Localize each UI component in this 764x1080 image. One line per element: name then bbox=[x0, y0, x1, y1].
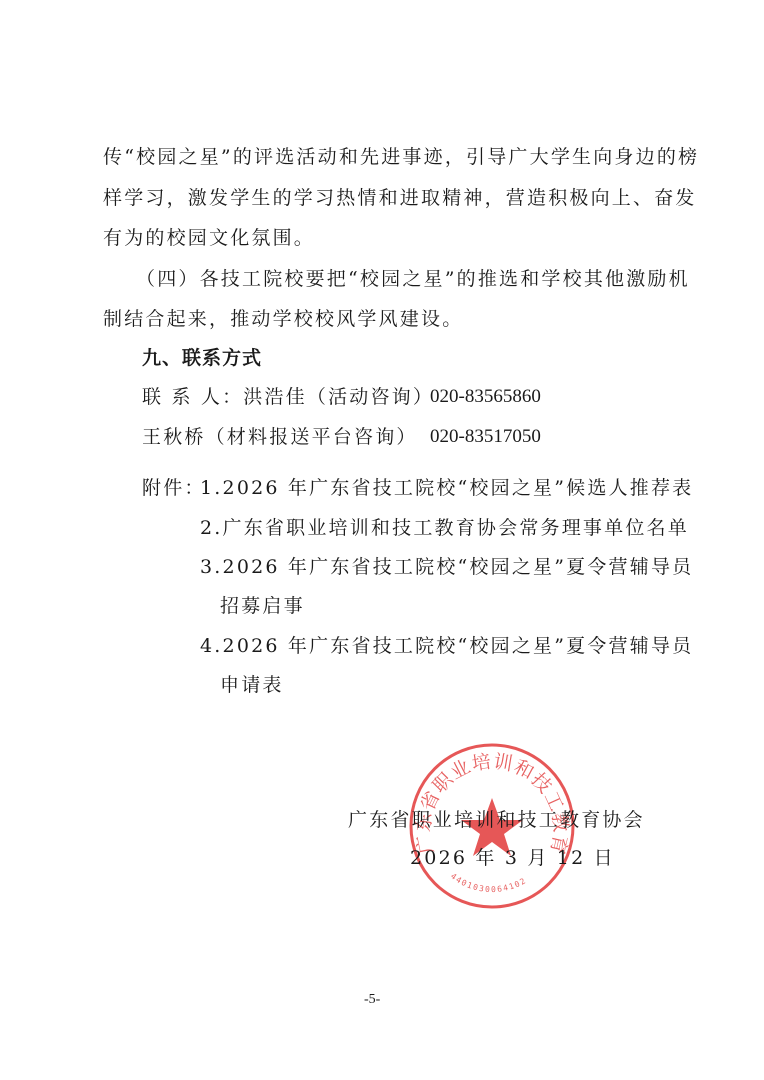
attachments-label: 附件： bbox=[142, 476, 206, 500]
contact-row: 王秋桥（材料报送平台咨询） bbox=[142, 425, 418, 449]
paragraph-line: 样学习，激发学生的学习热情和进取精神，营造积极向上、奋发 bbox=[103, 186, 697, 210]
item-four-line: （四）各技工院校要把“校园之星”的推选和学校其他激励机 bbox=[136, 267, 690, 291]
page-number: -5- bbox=[364, 992, 380, 1008]
attachment-item: 4.2026 年广东省技工院校“校园之星”夏令营辅导员 bbox=[200, 634, 693, 658]
paragraph-line: 有为的校园文化氛围。 bbox=[103, 226, 315, 250]
contact-phone: 020-83517050 bbox=[430, 425, 541, 449]
attachment-item: 2.广东省职业培训和技工教育协会常务理事单位名单 bbox=[200, 516, 689, 540]
paragraph-line: 传“校园之星”的评选活动和先进事迹，引导广大学生向身边的榜 bbox=[103, 145, 699, 169]
attachment-item: 3.2026 年广东省技工院校“校园之星”夏令营辅导员 bbox=[200, 555, 693, 579]
svg-text:4401030064102: 4401030064102 bbox=[449, 872, 528, 895]
item-four-line: 制结合起来，推动学校校风学风建设。 bbox=[103, 307, 463, 331]
signature-date: 2026 年 3 月 12 日 bbox=[410, 846, 615, 870]
attachment-item-cont: 申请表 bbox=[220, 673, 284, 697]
contact-label: 王秋桥（材料报送平台咨询） bbox=[142, 426, 418, 448]
contact-row: 联 系 人：洪浩佳（活动咨询） bbox=[142, 385, 434, 409]
signature-organization: 广东省职业培训和技工教育协会 bbox=[348, 808, 645, 832]
attachment-item-cont: 招募启事 bbox=[220, 594, 305, 618]
section-heading: 九、联系方式 bbox=[142, 346, 262, 370]
attachment-item: 1.2026 年广东省技工院校“校园之星”候选人推荐表 bbox=[200, 476, 693, 500]
contact-phone: 020-83565860 bbox=[430, 385, 541, 409]
contact-label: 联 系 人：洪浩佳（活动咨询） bbox=[142, 386, 434, 408]
